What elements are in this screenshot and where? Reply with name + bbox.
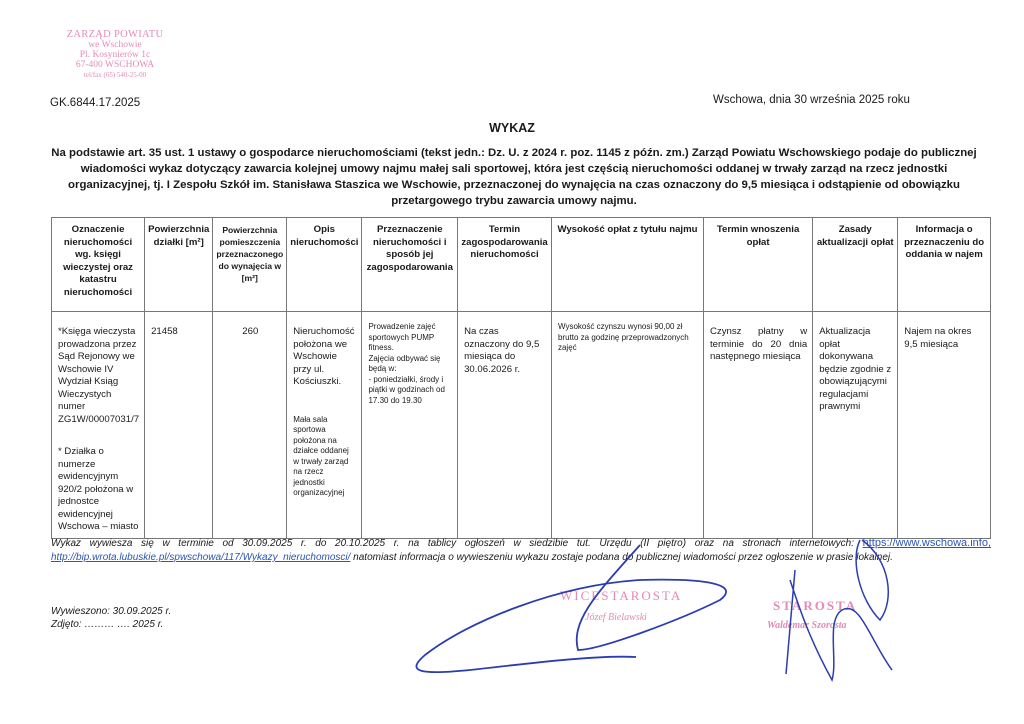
col-header-designation: Oznaczenie nieruchomości wg. księgi wiec… [52,218,145,312]
stamp-line: Pl. Kosynierów 1c [50,50,180,60]
website-link[interactable]: https://www.wschowa.info, [863,537,991,549]
document-reference: GK.6844.17.2025 [50,97,140,109]
description-hall: Mała sala sportowa położona na działce o… [293,415,356,499]
cell-fee: Wysokość czynszu wynosi 90,00 zł brutto … [551,312,703,539]
intro-paragraph: Na podstawie art. 35 ust. 1 ustawy o gos… [50,145,978,209]
stamp-line: ZARZĄD POWIATU [50,30,180,40]
vice-starosta-title: WICESTAROSTA [560,588,682,604]
col-header-plot-area: Powierzchnia działki [m²] [145,218,213,312]
col-header-payment-deadline: Termin wnoszenia opłat [703,218,812,312]
posted-date: Wywieszono: 30.09.2025 r. [51,605,171,618]
col-header-term: Termin zagospodarowania nieruchomości [458,218,552,312]
table-header-row: Oznaczenie nieruchomości wg. księgi wiec… [52,218,991,312]
vice-starosta-stamp: WICESTAROSTA Józef Bielawski [560,588,682,623]
cell-payment-deadline: Czynsz płatny w terminie do 20 dnia nast… [703,312,812,539]
col-header-purpose: Przeznaczenie nieruchomości i sposób jej… [362,218,458,312]
col-header-fee: Wysokość opłat z tytułu najmu [551,218,703,312]
col-header-description: Opis nieruchomości [287,218,362,312]
land-register-text: *Księga wieczysta prowadzona przez Sąd R… [58,326,139,426]
cell-description: Nieruchomość położona we Wschowie przy u… [287,312,362,539]
posting-notice: Wykaz wywiesza się w terminie od 30.09.2… [51,536,991,565]
cell-update-rules: Aktualizacja opłat dokonywana będzie zgo… [813,312,898,539]
office-stamp: ZARZĄD POWIATU we Wschowie Pl. Kosynieró… [50,30,180,80]
document-date: Wschowa, dnia 30 września 2025 roku [713,94,910,106]
table-row: *Księga wieczysta prowadzona przez Sąd R… [52,312,991,539]
notice-text: Wykaz wywiesza się w terminie od 30.09.2… [51,538,854,549]
col-header-lease-info: Informacja o przeznaczeniu do oddania w … [898,218,991,312]
starosta-name: Waldemar Szorosta [767,620,857,631]
cell-term: Na czas oznaczony do 9,5 miesiąca do 30.… [458,312,552,539]
removed-date: Zdjęto: ……… …. 2025 r. [51,618,171,631]
stamp-line: 67-400 WSCHOWA [50,60,180,70]
starosta-title: STAROSTA [773,598,857,614]
purpose-schedule: - poniedziałki, środy i piątki w godzina… [368,375,452,407]
cell-plot-area: 21458 [145,312,213,539]
purpose-schedule-label: Zajęcia odbywać się będą w: [368,354,452,375]
property-table: Oznaczenie nieruchomości wg. księgi wiec… [51,217,991,539]
col-header-update-rules: Zasady aktualizacji opłat [813,218,898,312]
bip-link[interactable]: http://bip.wrota.lubuskie.pl/spwschowa/1… [51,552,350,563]
description-location: Nieruchomość położona we Wschowie przy u… [293,326,356,389]
cell-purpose: Prowadzenie zajęć sportowych PUMP fitnes… [362,312,458,539]
starosta-stamp: STAROSTA Waldemar Szorosta [773,598,857,631]
stamp-line: tel/fax (65) 540-25-00 [50,70,180,80]
purpose-activity: Prowadzenie zajęć sportowych PUMP fitnes… [368,322,452,354]
vice-starosta-name: Józef Bielawski [585,612,682,623]
stamp-line: we Wschowie [50,40,180,50]
cell-room-area: 260 [213,312,287,539]
posting-dates: Wywieszono: 30.09.2025 r. Zdjęto: ……… ….… [51,605,171,631]
parcel-text: * Działka o numerze ewidencyjnym 920/2 p… [58,446,139,534]
document-title: WYKAZ [0,121,1024,135]
cell-designation: *Księga wieczysta prowadzona przez Sąd R… [52,312,145,539]
col-header-room-area: Powierzchnia pomieszczenia przeznaczoneg… [213,218,287,312]
cell-lease-info: Najem na okres 9,5 miesiąca [898,312,991,539]
notice-text-continued: natomiast informacja o wywieszeniu wykaz… [350,552,893,563]
